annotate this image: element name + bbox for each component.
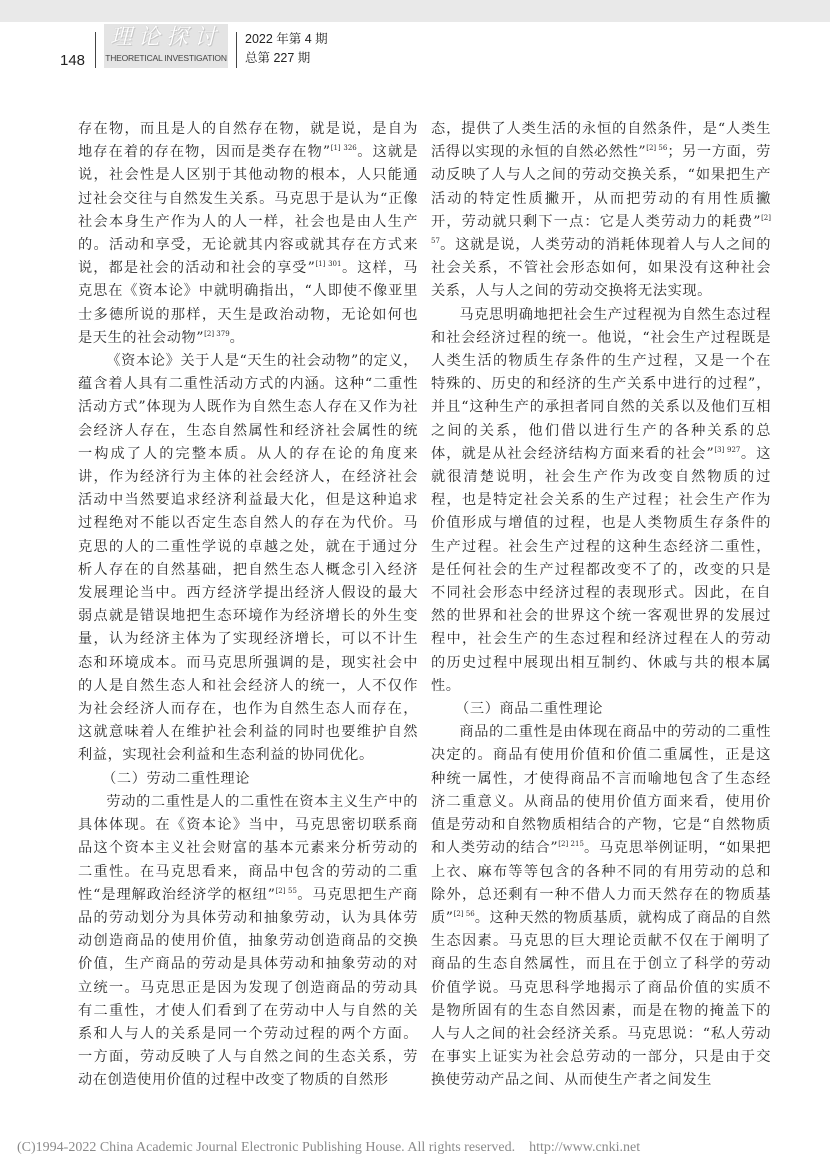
citation: [2] 215 (558, 840, 584, 848)
citation: [2] 56 (454, 910, 475, 918)
paragraph: 《资本论》关于人是“天生的社会动物”的定义，蕴含着人具有二重性活动方式的内涵。这… (78, 350, 418, 768)
citation: [1] 301 (315, 260, 341, 268)
page-number: 148 (60, 52, 85, 69)
citation: [2] 55 (276, 887, 297, 895)
journal-name-cn: 理论探讨 (104, 24, 228, 52)
journal-name-en: THEORETICAL INVESTIGATION (104, 53, 228, 63)
issue-total-number: 总第 227 期 (245, 49, 328, 68)
issue-info: 2022 年第 4 期 总第 227 期 (245, 30, 328, 68)
citation: [2] 56 (646, 144, 667, 152)
right-column: 态，提供了人类生活的永恒的自然条件，是“人类生活得以实现的永恒的自然必然性”[2… (431, 118, 771, 1093)
copyright-footer: (C)1994-2022 China Academic Journal Elec… (17, 1140, 817, 1156)
footer-url[interactable]: http://www.cnki.net (529, 1140, 640, 1155)
top-band (0, 0, 830, 22)
citation: [3] 927 (714, 446, 740, 454)
journal-logo: 理论探讨 THEORETICAL INVESTIGATION (104, 24, 228, 68)
paragraph: 商品的二重性是由体现在商品中的劳动的二重性决定的。商品有使用价值和价值二重属性，… (431, 721, 771, 1092)
header-divider (236, 32, 237, 68)
citation: [2] 379 (204, 330, 230, 338)
citation: [1] 326 (331, 144, 357, 152)
issue-year-number: 2022 年第 4 期 (245, 30, 328, 49)
paragraph: 劳动的二重性是人的二重性在资本主义生产中的具体体现。在《资本论》当中，马克思密切… (78, 791, 418, 1093)
page-header: 148 理论探讨 THEORETICAL INVESTIGATION 2022 … (0, 22, 830, 70)
left-column: 存在物，而且是人的自然存在物，就是说，是自为地存在着的存在物，因而是类存在物”[… (78, 118, 418, 1093)
section-heading: （三）商品二重性理论 (431, 698, 771, 721)
paragraph: 存在物，而且是人的自然存在物，就是说，是自为地存在着的存在物，因而是类存在物”[… (78, 118, 418, 350)
section-heading: （二）劳动二重性理论 (78, 768, 418, 791)
header-divider (95, 32, 96, 68)
copyright-text: (C)1994-2022 China Academic Journal Elec… (17, 1140, 515, 1155)
paragraph: 态，提供了人类生活的永恒的自然条件，是“人类生活得以实现的永恒的自然必然性”[2… (431, 118, 771, 304)
paragraph: 马克思明确地把社会生产过程视为自然生态过程和社会经济过程的统一。他说，“社会生产… (431, 304, 771, 698)
